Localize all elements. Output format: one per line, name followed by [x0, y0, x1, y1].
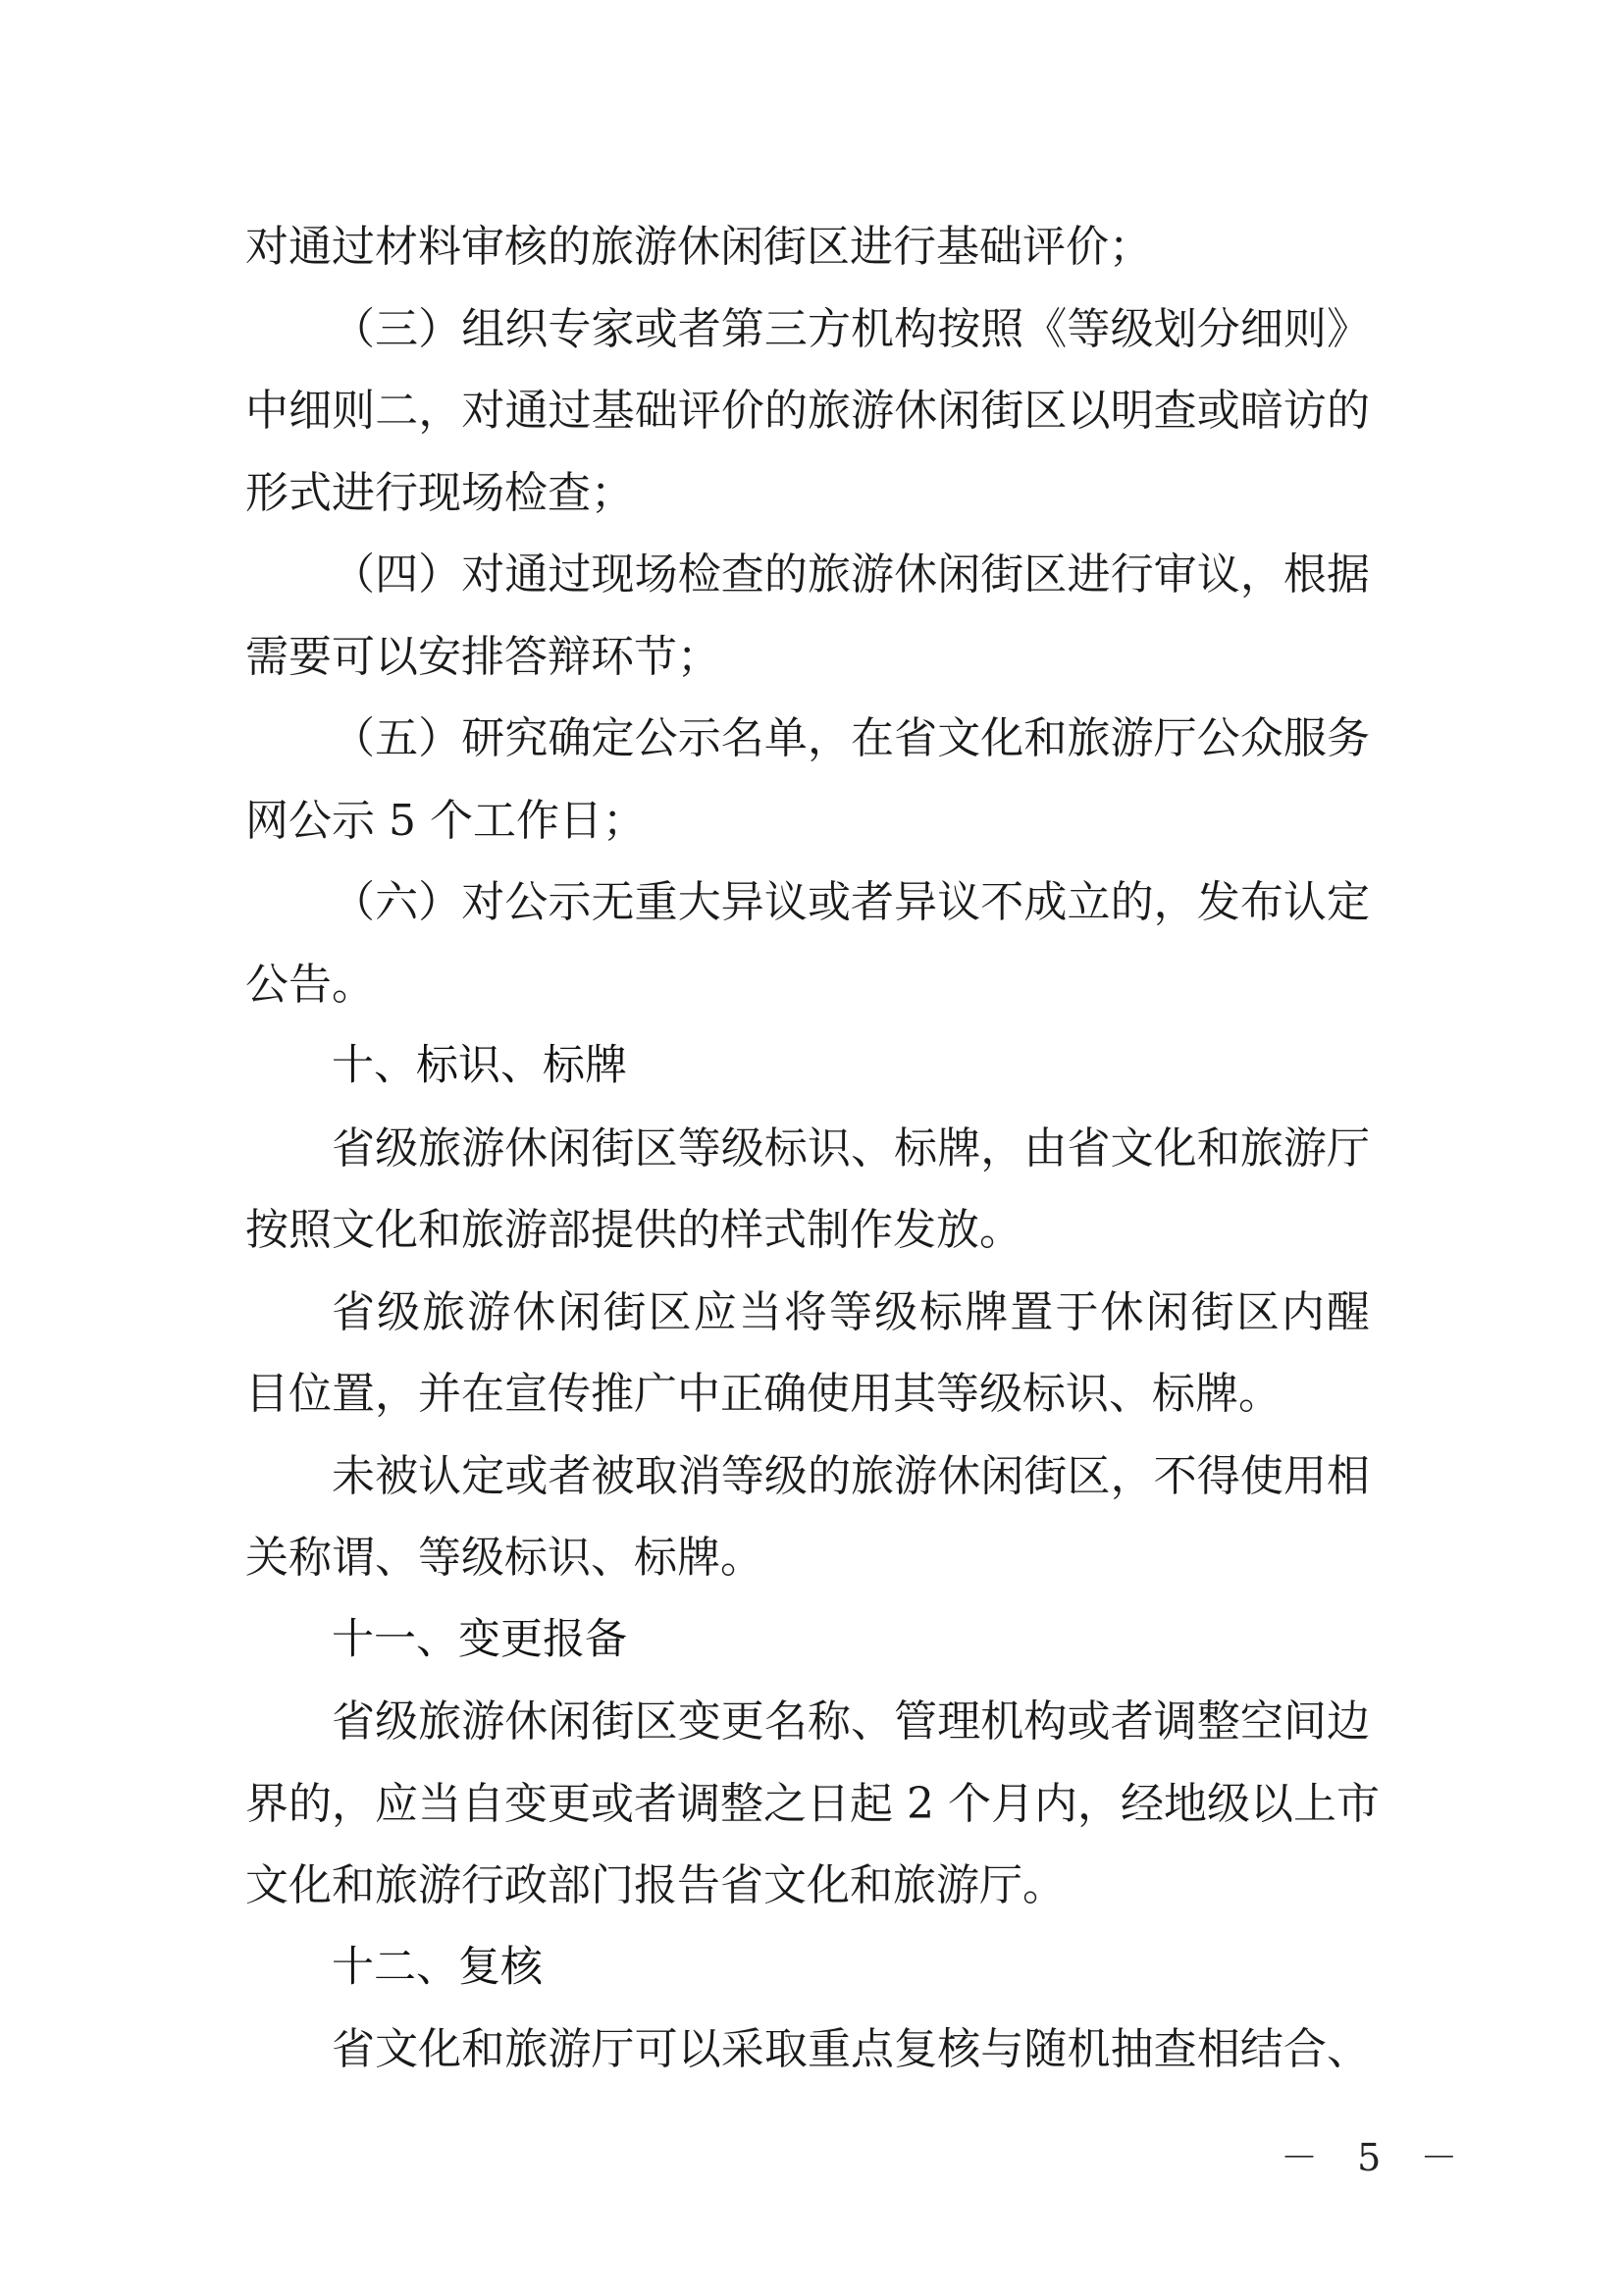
paragraph-line: 省级旅游休闲街区等级标识、标牌，由省文化和旅游厅: [245, 1108, 1370, 1190]
body-line: 形式进行现场检查；: [245, 452, 1370, 535]
list-item-3: （三）组织专家或者第三方机构按照《等级划分细则》: [245, 288, 1370, 371]
body-line: 文化和旅游行政部门报告省文化和旅游厅。: [245, 1845, 1370, 1927]
list-item-5: （五）研究确定公示名单，在省文化和旅游厅公众服务: [245, 698, 1370, 780]
body-line: 按照文化和旅游部提供的样式制作发放。: [245, 1189, 1370, 1272]
body-line: 中细则二，对通过基础评价的旅游休闲街区以明查或暗访的: [245, 370, 1370, 452]
body-line: 网公示 5 个工作日；: [245, 780, 1370, 862]
body-line: 界的，应当自变更或者调整之日起 2 个月内，经地级以上市: [245, 1763, 1370, 1846]
document-page: 对通过材料审核的旅游休闲街区进行基础评价； （三）组织专家或者第三方机构按照《等…: [245, 206, 1370, 2091]
paragraph-line: 省级旅游休闲街区变更名称、管理机构或者调整空间边: [245, 1681, 1370, 1763]
paragraph-line: 省级旅游休闲街区应当将等级标牌置于休闲街区内醒: [245, 1272, 1370, 1354]
paragraph-line: 省文化和旅游厅可以采取重点复核与随机抽查相结合、: [245, 2009, 1370, 2091]
body-line: 需要可以安排答辩环节；: [245, 616, 1370, 699]
page-number: － 5 －: [1281, 2127, 1471, 2181]
body-line: 目位置，并在宣传推广中正确使用其等级标识、标牌。: [245, 1353, 1370, 1435]
paragraph-line: 未被认定或者被取消等级的旅游休闲街区，不得使用相: [245, 1435, 1370, 1518]
body-line: 公告。: [245, 944, 1370, 1026]
section-heading-11: 十一、变更报备: [245, 1599, 1370, 1682]
body-line: 关称谓、等级标识、标牌。: [245, 1517, 1370, 1599]
section-heading-10: 十、标识、标牌: [245, 1025, 1370, 1108]
body-line: 对通过材料审核的旅游休闲街区进行基础评价；: [245, 206, 1370, 288]
section-heading-12: 十二、复核: [245, 1927, 1370, 2009]
list-item-6: （六）对公示无重大异议或者异议不成立的，发布认定: [245, 861, 1370, 944]
list-item-4: （四）对通过现场检查的旅游休闲街区进行审议，根据: [245, 534, 1370, 616]
